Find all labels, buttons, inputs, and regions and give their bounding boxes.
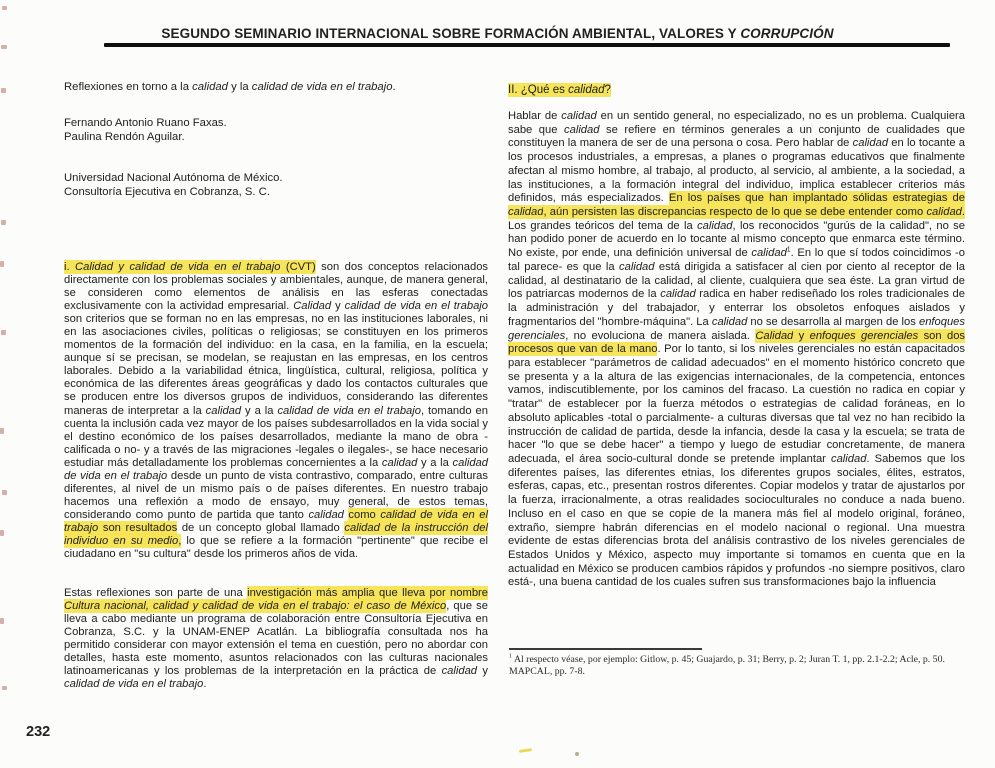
affiliation: Consultoría Ejecutiva en Cobranza, S. C.	[64, 186, 283, 200]
scan-edge-artifact	[1, 330, 6, 335]
scan-edge-artifact	[0, 618, 4, 624]
affiliation-block: Universidad Nacional Autónoma de México.…	[64, 172, 283, 199]
scan-edge-artifact	[1, 88, 6, 93]
section-2-paragraph: Hablar de calidad en un sentido general,…	[508, 110, 965, 590]
ink-speck	[575, 752, 579, 756]
scan-edge-artifact	[0, 261, 4, 267]
header-rule	[104, 43, 950, 47]
scanned-paper-page: SEGUNDO SEMINARIO INTERNACIONAL SOBRE FO…	[0, 0, 995, 768]
article-title: Reflexiones en torno a la calidad y la c…	[64, 81, 488, 93]
footnote-rule	[509, 648, 702, 650]
scan-edge-artifact	[2, 686, 7, 690]
scan-edge-artifact	[2, 490, 7, 495]
running-header: SEGUNDO SEMINARIO INTERNACIONAL SOBRE FO…	[0, 26, 995, 41]
research-note-paragraph: Estas reflexiones son parte de una inves…	[64, 587, 488, 691]
author-name: Fernando Antonio Ruano Faxas.	[64, 117, 227, 131]
scan-edge-artifact	[1, 45, 7, 49]
page-number: 232	[26, 724, 50, 740]
scan-edge-artifact	[1, 220, 6, 225]
footnote: 1 Al respecto véase, por ejemplo: Gitlow…	[509, 654, 967, 678]
scan-edge-artifact	[0, 428, 4, 434]
section-2-heading: II. ¿Qué es calidad?	[508, 84, 611, 96]
affiliation: Universidad Nacional Autónoma de México.	[64, 172, 283, 186]
scan-edge-artifact	[0, 530, 4, 536]
author-block: Fernando Antonio Ruano Faxas. Paulina Re…	[64, 117, 227, 144]
section-1-paragraph: i. Calidad y calidad de vida en el traba…	[64, 261, 488, 561]
scan-edge-artifact	[2, 6, 7, 10]
highlighter-smudge	[519, 748, 532, 753]
author-name: Paulina Rendón Aguilar.	[64, 131, 227, 145]
